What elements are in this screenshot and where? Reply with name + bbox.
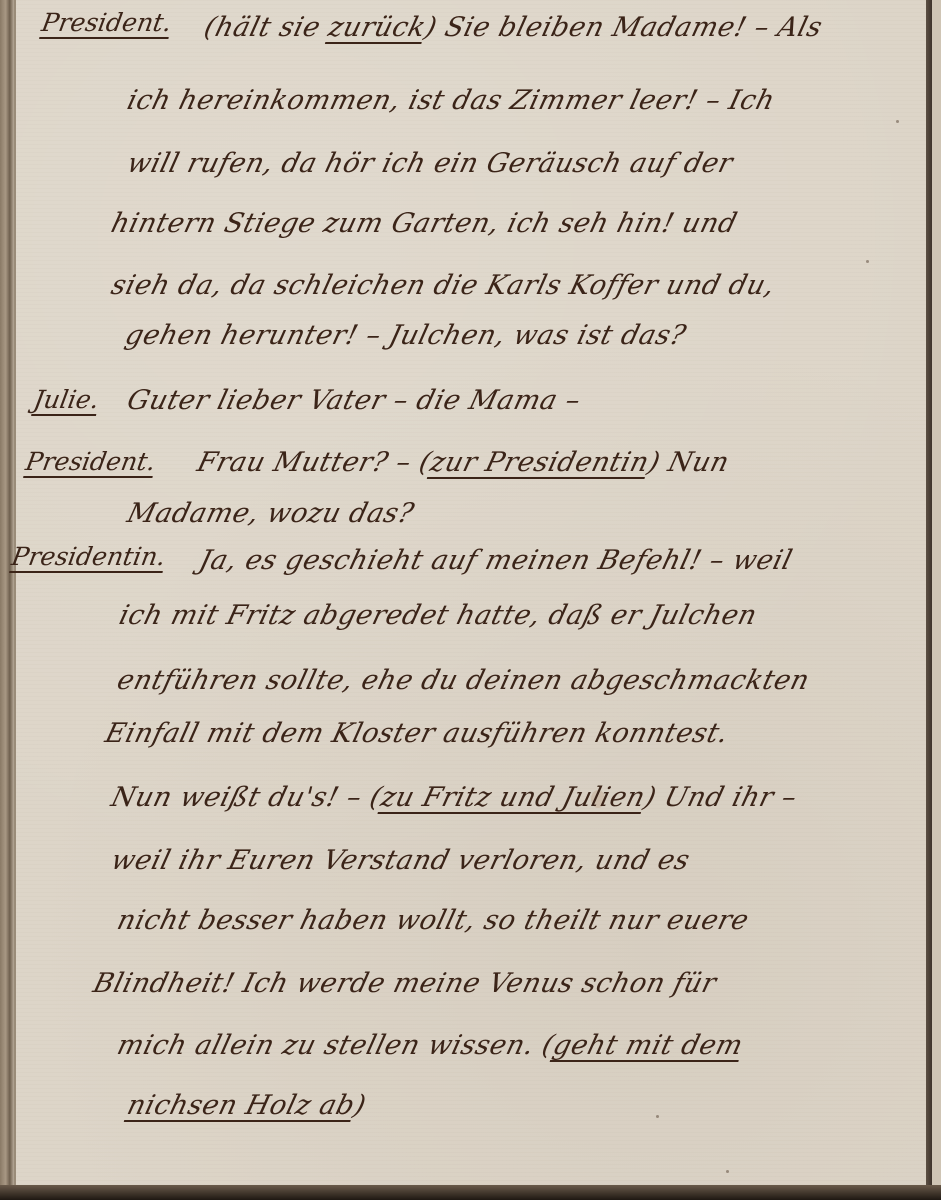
manuscript-line: Einfall mit dem Kloster ausführen konnte… xyxy=(102,718,732,749)
line-text: Frau Mutter? – ( xyxy=(194,447,435,478)
underlined-word: geht mit dem xyxy=(550,1030,746,1061)
manuscript-text: President. (hält sie zurück) Sie bleiben… xyxy=(16,0,926,1185)
manuscript-line: ich hereinkommen, ist das Zimmer leer! –… xyxy=(124,85,778,116)
book-bottom-edge xyxy=(0,1185,941,1200)
line-text: ) Und ihr – xyxy=(641,782,800,813)
manuscript-line: Nun weißt du's! – (zu Fritz und Julien) … xyxy=(108,782,800,813)
line-text: mich allein zu stellen wissen. ( xyxy=(114,1030,558,1061)
line-text: Nun weißt du's! – ( xyxy=(108,782,385,813)
speaker-label: President. xyxy=(39,8,173,37)
manuscript-line: Madame, wozu das? xyxy=(124,498,417,529)
manuscript-line: Guter lieber Vater – die Mama – xyxy=(124,385,584,416)
manuscript-line: gehen herunter! – Julchen, was ist das? xyxy=(122,320,689,351)
manuscript-line: will rufen, da hör ich ein Geräusch auf … xyxy=(124,148,736,179)
manuscript-line: Blindheit! Ich werde meine Venus schon f… xyxy=(90,968,720,999)
line-text: ) Nun xyxy=(645,447,733,478)
line-text: ) Sie bleiben Madame! – Als xyxy=(422,12,826,43)
speaker-label: Presidentin. xyxy=(9,542,168,571)
underlined-word: zur Presidentin xyxy=(427,447,652,478)
book-binding xyxy=(0,0,14,1200)
underlined-word: zurück xyxy=(325,12,429,43)
manuscript-line: nicht besser haben wollt, so theilt nur … xyxy=(114,905,752,936)
manuscript-line: sieh da, da schleichen die Karls Koffer … xyxy=(108,270,778,301)
manuscript-line: Frau Mutter? – (zur Presidentin) Nun xyxy=(194,447,732,478)
underlined-word: nichsen Holz ab xyxy=(124,1090,358,1121)
manuscript-line: nichsen Holz ab) xyxy=(124,1090,369,1121)
next-page-edge xyxy=(932,0,941,1200)
underlined-word: zu Fritz und Julien xyxy=(378,782,649,813)
stage-direction-open: (hält sie xyxy=(201,12,333,43)
manuscript-line: Ja, es geschieht auf meinen Befehl! – we… xyxy=(196,545,796,576)
manuscript-line: hintern Stiege zum Garten, ich seh hin! … xyxy=(108,208,740,239)
speaker-label: Julie. xyxy=(31,385,101,414)
manuscript-line: (hält sie zurück) Sie bleiben Madame! – … xyxy=(201,12,826,43)
manuscript-page: President. (hält sie zurück) Sie bleiben… xyxy=(0,0,941,1200)
manuscript-line: mich allein zu stellen wissen. (geht mit… xyxy=(114,1030,746,1061)
manuscript-line: weil ihr Euren Verstand verloren, und es xyxy=(108,845,693,876)
speaker-label: President. xyxy=(23,447,157,476)
manuscript-line: ich mit Fritz abgeredet hatte, daß er Ju… xyxy=(116,600,760,631)
manuscript-line: entführen sollte, ehe du deinen abgeschm… xyxy=(114,665,813,696)
